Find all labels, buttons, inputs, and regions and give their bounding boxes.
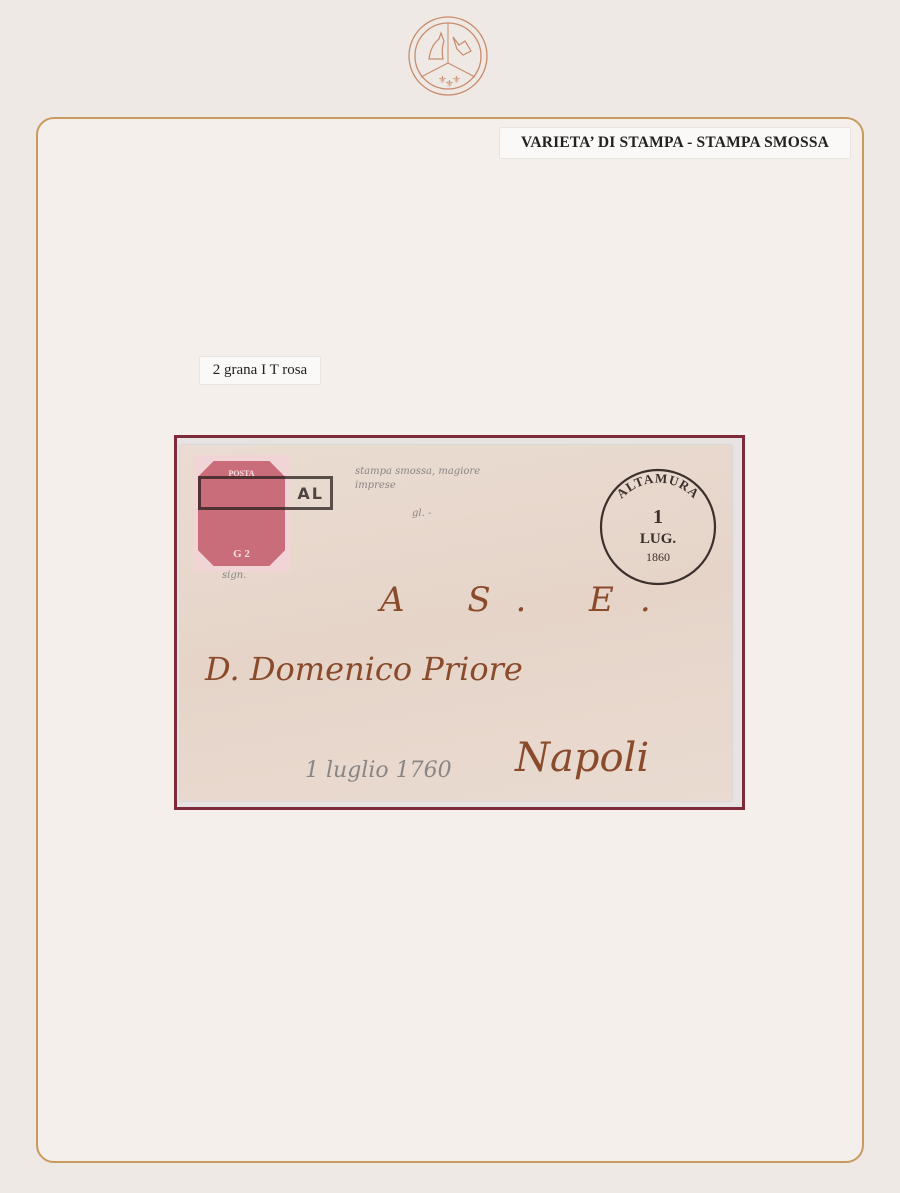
postmark-day: 1 (653, 506, 663, 528)
postmark-circle: ALTAMURA 1 LUG. 1860 (598, 467, 718, 587)
address-line-1: A S. E. (380, 580, 677, 620)
page-title: VARIETA’ DI STAMPA - STAMPA SMOSSA (500, 128, 850, 158)
postmark-town: ALTAMURA (613, 470, 703, 501)
heraldic-crest-icon: ⚜ ⚜ ⚜ (407, 15, 489, 97)
address-line-3: Napoli (515, 735, 649, 781)
cancel-text: AL (297, 484, 324, 503)
svg-text:ALTAMURA: ALTAMURA (613, 470, 703, 501)
pencil-note-date: 1 luglio 1760 (305, 758, 452, 783)
pencil-note-variety: stampa smossa, magiore imprese (355, 465, 485, 493)
postmark-month: LUG. (640, 531, 677, 547)
cancellation-mark: AL (198, 476, 333, 510)
stamp-value-text: G 2 (198, 548, 285, 560)
svg-text:⚜: ⚜ (452, 75, 461, 86)
postage-stamp: POSTA G 2 (193, 455, 290, 572)
pencil-note-under-stamp: sign. (222, 570, 246, 581)
stamp-caption: 2 grana I T rosa (200, 357, 320, 384)
postmark-year: 1860 (646, 550, 670, 564)
address-line-2: D. Domenico Priore (205, 650, 523, 688)
pencil-note-sign: gl. - (412, 508, 431, 519)
